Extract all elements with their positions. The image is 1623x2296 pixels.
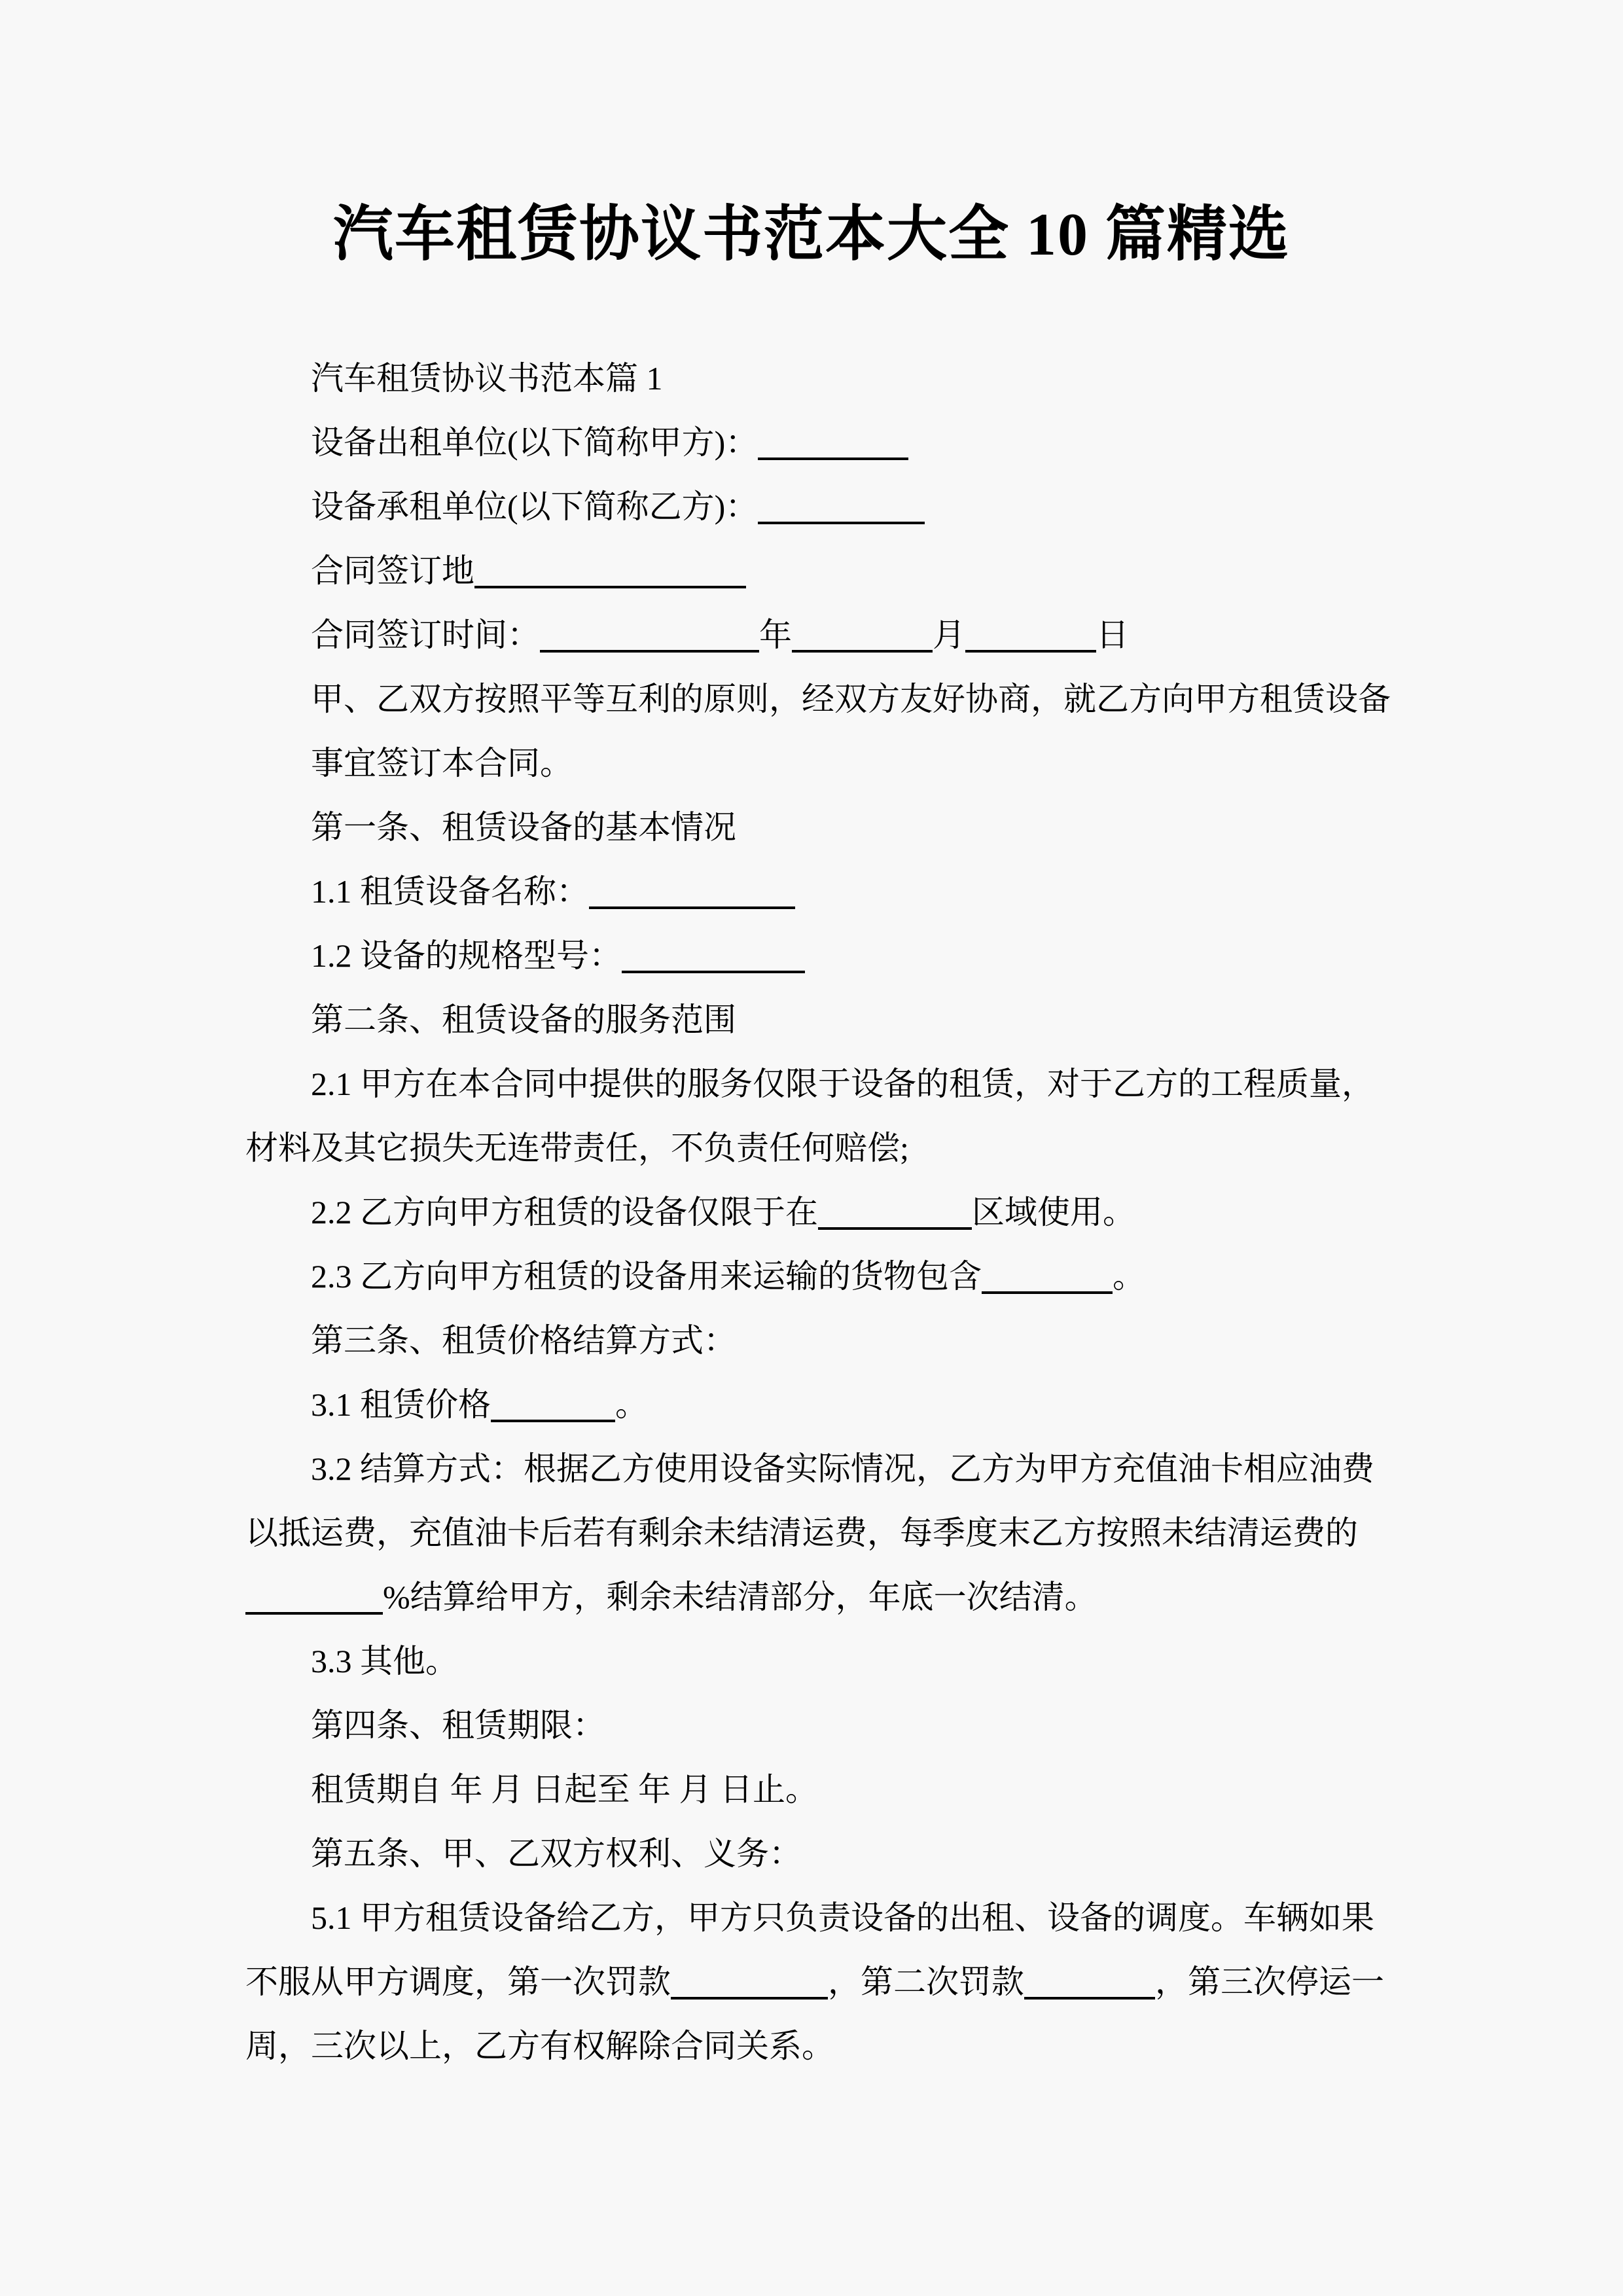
line-text: 第四条、租赁期限： xyxy=(311,1707,605,1744)
fill-in-blank[interactable] xyxy=(792,641,933,653)
line-text: 第五条、甲、乙双方权利、义务： xyxy=(311,1835,802,1872)
fill-in-blank[interactable] xyxy=(965,641,1096,653)
text-line: 3.2 结算方式：根据乙方使用设备实际情况，乙方为甲方充值油卡相应油费 xyxy=(245,1437,1623,1501)
line-text: 材料及其它损失无连带责任，不负责任何赔偿; xyxy=(245,1130,909,1166)
line-text: 不服从甲方调度，第一次罚款 xyxy=(245,1964,671,2000)
line-text: 设备承租单位(以下简称乙方)： xyxy=(311,488,758,525)
line-text: 月 xyxy=(933,617,965,653)
line-text: 周，三次以上，乙方有权解除合同关系。 xyxy=(245,2028,834,2064)
fill-in-blank[interactable] xyxy=(245,1603,383,1615)
text-line: 汽车租赁协议书范本篇 1 xyxy=(245,346,1623,410)
fill-in-blank[interactable] xyxy=(1024,1988,1155,2000)
line-text: 设备出租单位(以下简称甲方)： xyxy=(311,424,758,461)
line-text: 事宜签订本合同。 xyxy=(311,745,573,781)
text-line: 材料及其它损失无连带责任，不负责任何赔偿; xyxy=(245,1116,1623,1180)
text-line: %结算给甲方，剩余未结清部分，年底一次结清。 xyxy=(245,1565,1623,1629)
text-line: 甲、乙双方按照平等互利的原则，经双方友好协商，就乙方向甲方租赁设备 xyxy=(245,667,1623,731)
text-line: 租赁期自 年 月 日起至 年 月 日止。 xyxy=(245,1757,1623,1821)
text-line: 1.2 设备的规格型号： xyxy=(245,924,1623,988)
text-line: 2.1 甲方在本合同中提供的服务仅限于设备的租赁，对于乙方的工程质量， xyxy=(245,1052,1623,1116)
text-line: 第一条、租赁设备的基本情况 xyxy=(245,795,1623,859)
line-text: ，第三次停运一 xyxy=(1155,1964,1384,2000)
document-body: 汽车租赁协议书范本篇 1设备出租单位(以下简称甲方)：设备承租单位(以下简称乙方… xyxy=(0,346,1623,2078)
line-text: 3.2 结算方式：根据乙方使用设备实际情况，乙方为甲方充值油卡相应油费 xyxy=(311,1450,1374,1487)
line-text: 甲、乙双方按照平等互利的原则，经双方友好协商，就乙方向甲方租赁设备 xyxy=(311,681,1391,717)
fill-in-blank[interactable] xyxy=(671,1988,828,2000)
line-text: 第一条、租赁设备的基本情况 xyxy=(311,809,736,846)
document-page: 汽车租赁协议书范本大全 10 篇精选 汽车租赁协议书范本篇 1设备出租单位(以下… xyxy=(0,0,1623,2296)
line-text: 3.1 租赁价格 xyxy=(311,1386,491,1423)
fill-in-blank[interactable] xyxy=(818,1218,972,1230)
line-text: 第二条、租赁设备的服务范围 xyxy=(311,1001,736,1038)
text-line: 5.1 甲方租赁设备给乙方，甲方只负责设备的出租、设备的调度。车辆如果 xyxy=(245,1886,1623,1950)
fill-in-blank[interactable] xyxy=(758,448,908,460)
text-line: 以抵运费，充值油卡后若有剩余未结清运费，每季度末乙方按照未结清运费的 xyxy=(245,1501,1623,1565)
fill-in-blank[interactable] xyxy=(982,1282,1113,1294)
text-line: 2.3 乙方向甲方租赁的设备用来运输的货物包含。 xyxy=(245,1244,1623,1308)
line-text: 日 xyxy=(1096,617,1129,653)
fill-in-blank[interactable] xyxy=(758,512,925,524)
text-line: 周，三次以上，乙方有权解除合同关系。 xyxy=(245,2014,1623,2078)
text-line: 1.1 租赁设备名称： xyxy=(245,859,1623,924)
line-text: 租赁期自 年 月 日起至 年 月 日止。 xyxy=(311,1771,818,1808)
fill-in-blank[interactable] xyxy=(622,961,805,973)
text-line: 2.2 乙方向甲方租赁的设备仅限于在区域使用。 xyxy=(245,1180,1623,1244)
text-line: 事宜签订本合同。 xyxy=(245,731,1623,795)
line-text: 。 xyxy=(1113,1258,1145,1295)
line-text: 1.2 设备的规格型号： xyxy=(311,937,622,974)
text-line: 合同签订时间：年月日 xyxy=(245,603,1623,667)
line-text: 区域使用。 xyxy=(972,1194,1135,1230)
document-title: 汽车租赁协议书范本大全 10 篇精选 xyxy=(0,0,1623,267)
line-text: 5.1 甲方租赁设备给乙方，甲方只负责设备的出租、设备的调度。车辆如果 xyxy=(311,1899,1374,1936)
text-line: 第三条、租赁价格结算方式： xyxy=(245,1308,1623,1372)
line-text: 年 xyxy=(759,617,792,653)
text-line: 设备承租单位(以下简称乙方)： xyxy=(245,475,1623,539)
line-text: 合同签订时间： xyxy=(311,617,540,653)
line-text: 合同签订地 xyxy=(311,552,474,589)
text-line: 3.1 租赁价格。 xyxy=(245,1372,1623,1437)
line-text: 2.1 甲方在本合同中提供的服务仅限于设备的租赁，对于乙方的工程质量， xyxy=(311,1066,1374,1102)
line-text: 3.3 其他。 xyxy=(311,1643,458,1679)
text-line: 第五条、甲、乙双方权利、义务： xyxy=(245,1821,1623,1886)
line-text: 2.3 乙方向甲方租赁的设备用来运输的货物包含 xyxy=(311,1258,982,1295)
text-line: 设备出租单位(以下简称甲方)： xyxy=(245,410,1623,475)
fill-in-blank[interactable] xyxy=(491,1410,615,1422)
text-line: 第四条、租赁期限： xyxy=(245,1693,1623,1757)
fill-in-blank[interactable] xyxy=(589,897,795,909)
line-text: %结算给甲方，剩余未结清部分，年底一次结清。 xyxy=(383,1579,1097,1615)
line-text: 。 xyxy=(615,1386,648,1423)
text-line: 合同签订地 xyxy=(245,539,1623,603)
fill-in-blank[interactable] xyxy=(474,577,746,588)
line-text: ，第二次罚款 xyxy=(828,1964,1024,2000)
line-text: 以抵运费，充值油卡后若有剩余未结清运费，每季度末乙方按照未结清运费的 xyxy=(245,1515,1358,1551)
text-line: 第二条、租赁设备的服务范围 xyxy=(245,988,1623,1052)
line-text: 第三条、租赁价格结算方式： xyxy=(311,1322,736,1359)
text-line: 3.3 其他。 xyxy=(245,1629,1623,1693)
line-text: 1.1 租赁设备名称： xyxy=(311,873,589,910)
line-text: 汽车租赁协议书范本篇 1 xyxy=(311,360,663,397)
fill-in-blank[interactable] xyxy=(540,641,759,653)
text-line: 不服从甲方调度，第一次罚款，第二次罚款，第三次停运一 xyxy=(245,1950,1623,2014)
line-text: 2.2 乙方向甲方租赁的设备仅限于在 xyxy=(311,1194,818,1230)
